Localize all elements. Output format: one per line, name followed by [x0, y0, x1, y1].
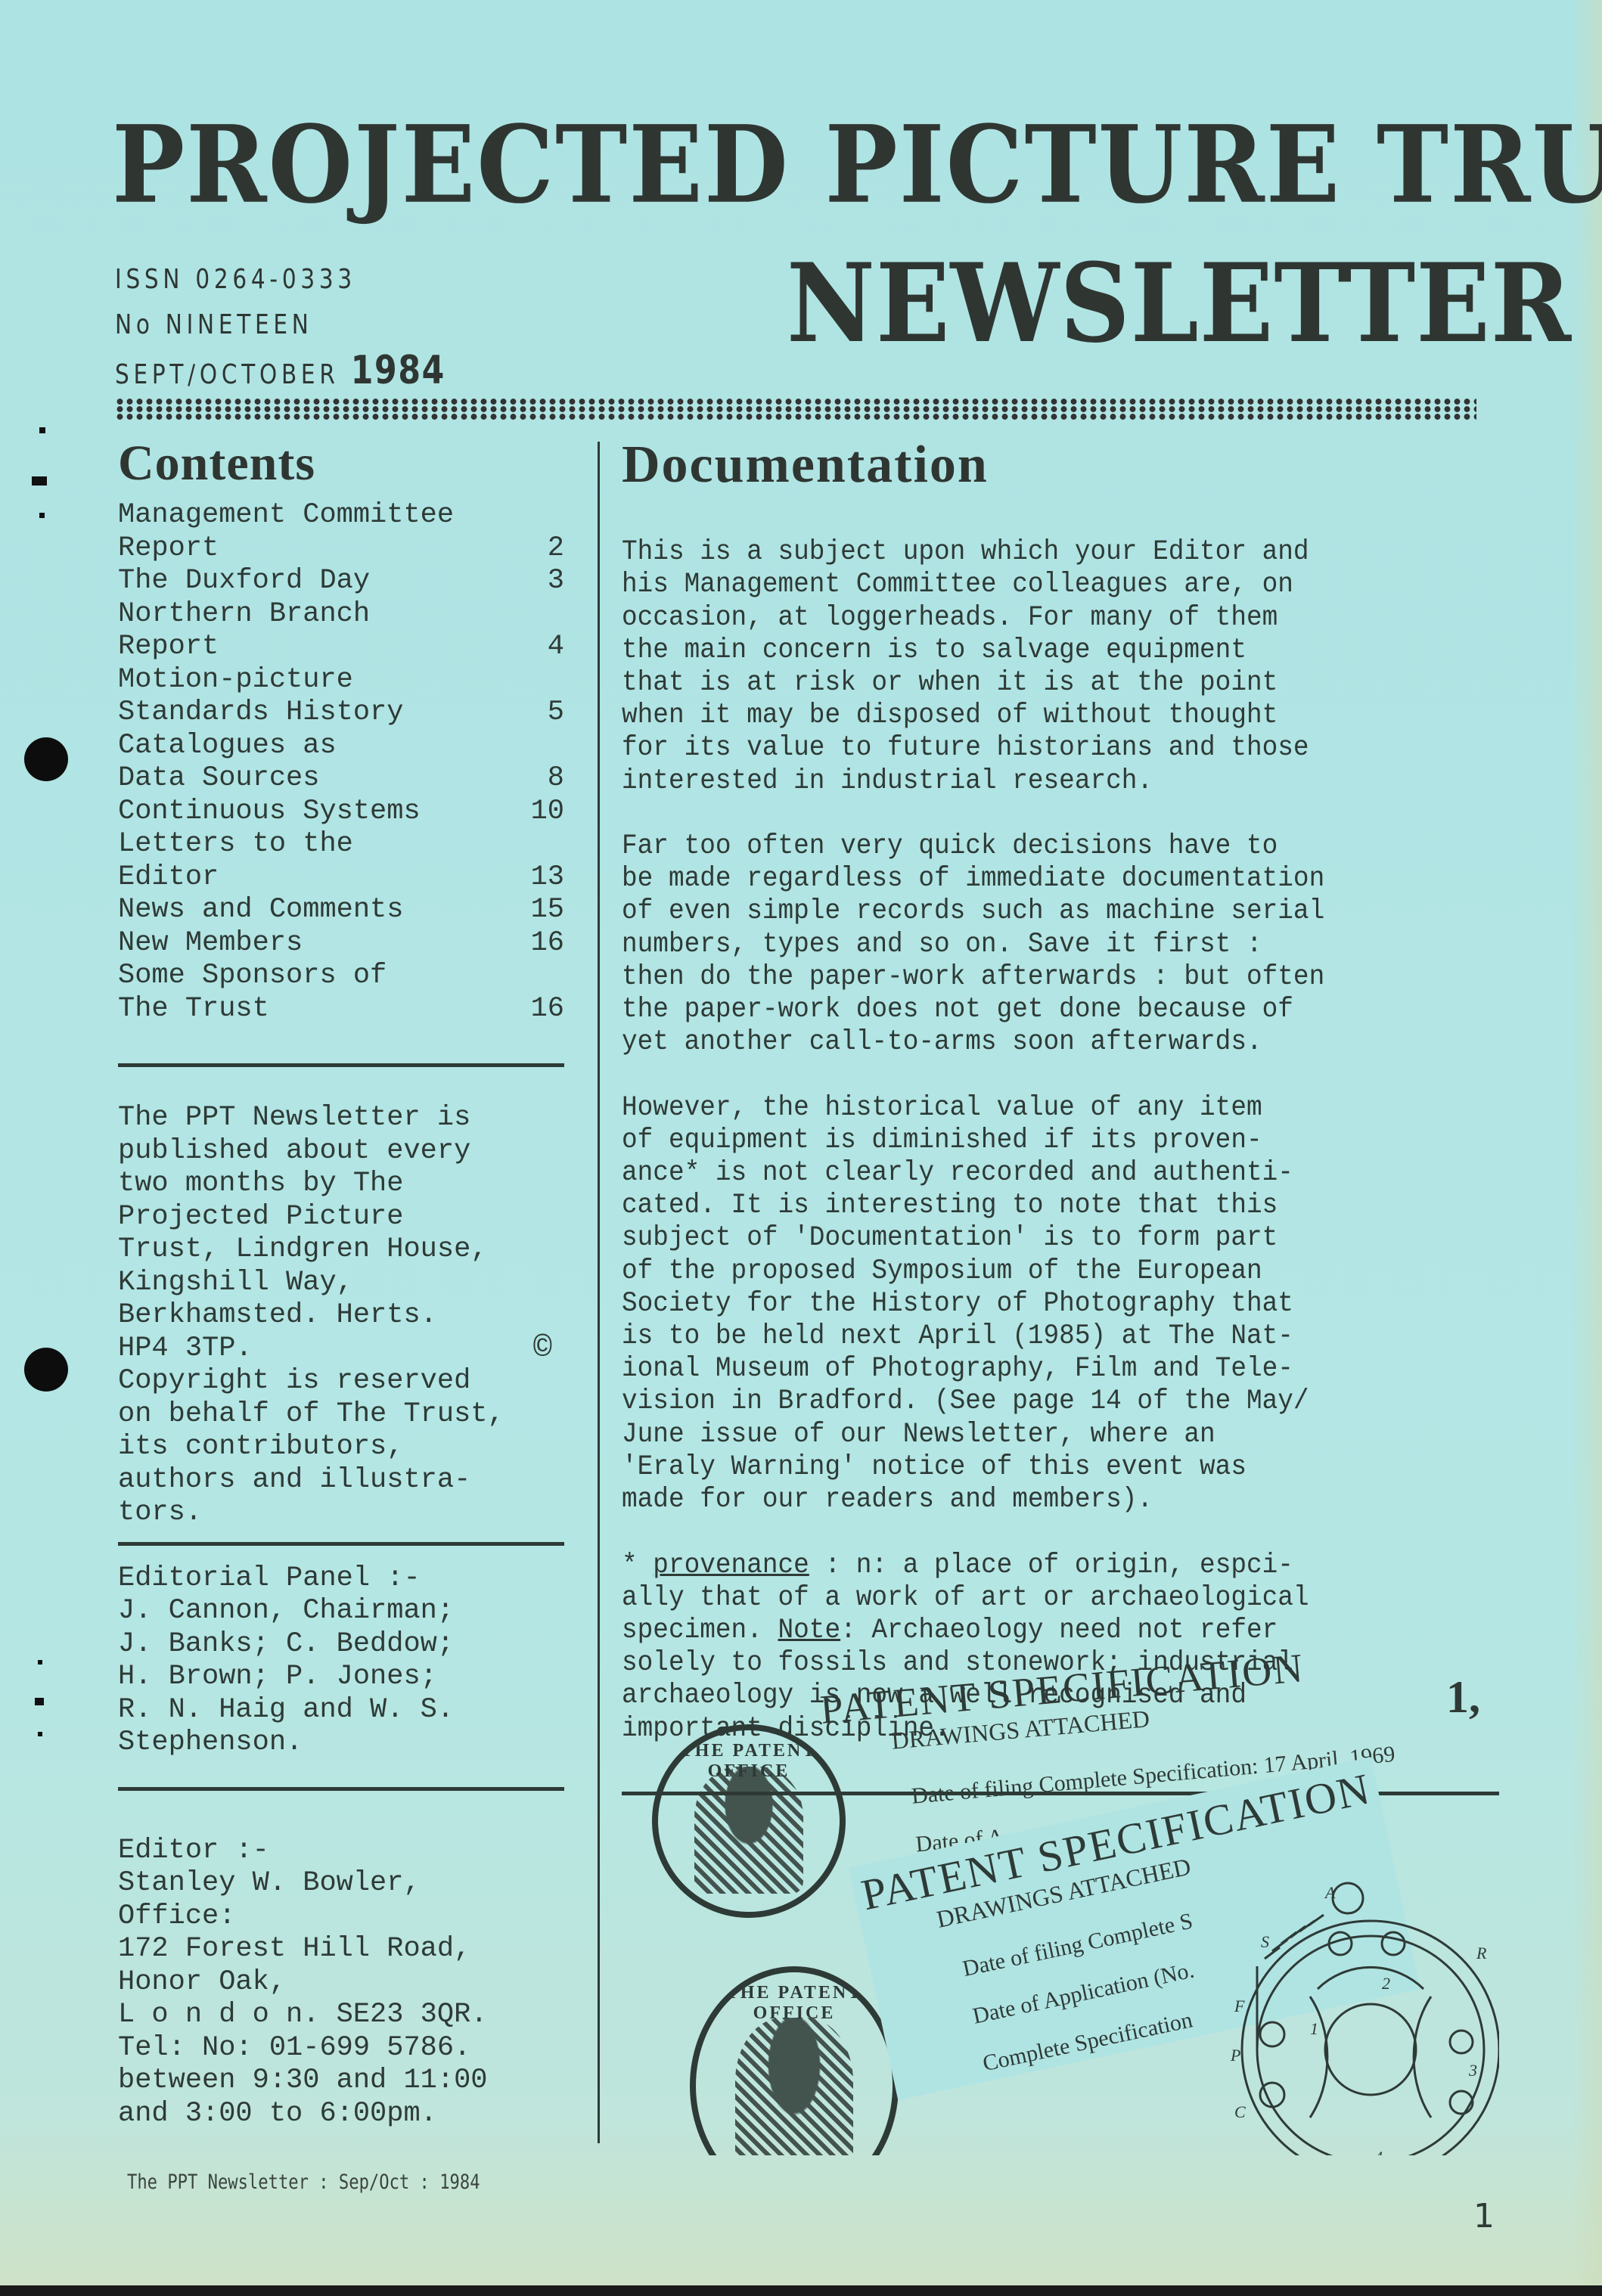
toc-entry-title: Motion-picture Standards History	[118, 664, 403, 730]
article: Documentation This is a subject upon whi…	[622, 439, 1514, 1795]
drawing-label: F	[1234, 1997, 1245, 2015]
toc-entry-page: 2	[519, 532, 564, 566]
toc-entry-page: 16	[519, 927, 564, 960]
copyright-text: Copyright is reserved on behalf of The T…	[118, 1365, 564, 1530]
drawing-label: A	[1324, 1883, 1336, 1902]
contents-heading: Contents	[118, 439, 564, 489]
dotted-divider	[115, 398, 1476, 420]
toc-entry: The Duxford Day3	[118, 565, 564, 598]
table-of-contents: Management Committee Report2The Duxford …	[118, 499, 564, 1025]
staple-mark	[38, 1732, 42, 1736]
drawing-label: 3	[1468, 2061, 1477, 2080]
drawing-label: 4	[1374, 2148, 1383, 2155]
article-paragraph: However, the historical value of any ite…	[622, 1092, 1515, 1517]
toc-entry: Letters to the Editor13	[118, 828, 564, 894]
toc-entry: Northern Branch Report4	[118, 598, 564, 664]
toc-entry-title: Catalogues as Data Sources	[118, 730, 337, 796]
toc-entry-title: Management Committee Report	[118, 499, 454, 565]
issue-year: 1984	[351, 348, 446, 393]
editor-contact: Editor :- Stanley W. Bowler, Office: 172…	[118, 1835, 564, 2131]
drawing-label: C	[1234, 2102, 1246, 2121]
issue-month: SEPT/OCTOBER	[115, 359, 340, 390]
footnote-marker: *	[622, 1550, 653, 1581]
publisher-info: The PPT Newsletter is published about ev…	[118, 1102, 564, 1530]
toc-entry-page: 3	[519, 565, 564, 598]
toc-entry-title: Some Sponsors of The Trust	[118, 960, 387, 1025]
toc-entry: Motion-picture Standards History5	[118, 664, 564, 730]
toc-entry-page: 10	[519, 796, 564, 829]
toc-entry-page: 15	[519, 894, 564, 927]
footnote-term: provenance	[653, 1550, 809, 1581]
toc-entry-page: 8	[519, 762, 564, 796]
film-mechanism-drawing: ASFPCR1234	[1227, 1876, 1499, 2155]
publisher-text: The PPT Newsletter is published about ev…	[118, 1102, 564, 1333]
page-number: 1	[1473, 2197, 1495, 2235]
section-divider	[118, 1542, 564, 1546]
drawing-label: 2	[1382, 1974, 1390, 1993]
toc-entry-page: 16	[519, 993, 564, 1026]
toc-entry-title: News and Comments	[118, 894, 403, 927]
royal-crest-icon	[735, 2018, 853, 2155]
staple-mark	[39, 513, 45, 518]
staple-mark	[38, 1660, 42, 1665]
running-footer: The PPT Newsletter : Sep/Oct : 1984	[127, 2170, 480, 2194]
article-heading: Documentation	[622, 439, 1514, 492]
royal-crest-icon	[694, 1767, 803, 1894]
toc-entry-page: 4	[519, 631, 564, 664]
article-body: This is a subject upon which your Editor…	[622, 504, 1515, 1778]
drawing-label: 1	[1310, 2019, 1318, 2038]
left-column: Contents Management Committee Report2The…	[118, 439, 564, 2130]
column-divider	[598, 442, 600, 2143]
toc-entry: Management Committee Report2	[118, 499, 564, 565]
toc-entry-page: 5	[519, 697, 564, 730]
section-divider	[118, 1063, 564, 1067]
toc-entry-title: New Members	[118, 927, 303, 960]
toc-entry-page: 13	[519, 861, 564, 895]
toc-entry-title: Continuous Systems	[118, 796, 421, 829]
staple-mark	[35, 1698, 44, 1705]
newsletter-title-line2: NEWSLETTER	[787, 250, 1572, 358]
patent-specification-illustration: THE PATENT OFFICE PATENT SPECIFICATION D…	[622, 1641, 1499, 2155]
drawing-label: R	[1476, 1944, 1487, 1962]
toc-entry-title: Letters to the Editor	[118, 828, 353, 894]
side-mark: 1,67	[622, 2027, 625, 2080]
issn: ISSN 0264-0333	[115, 257, 446, 303]
issue-date: SEPT/OCTOBER 1984	[115, 348, 446, 398]
toc-entry: Catalogues as Data Sources8	[118, 730, 564, 796]
punch-hole	[24, 737, 68, 781]
drawing-label: P	[1230, 2046, 1240, 2065]
page-edge-shadow	[1572, 0, 1602, 2296]
toc-entry: Some Sponsors of The Trust16	[118, 960, 564, 1025]
toc-entry-title: Northern Branch Report	[118, 598, 370, 664]
article-paragraph: Far too often very quick decisions have …	[622, 830, 1515, 1059]
editorial-panel: Editorial Panel :- J. Cannon, Chairman; …	[118, 1562, 564, 1760]
patent-office-seal: THE PATENT OFFICE	[652, 1724, 846, 1918]
punch-hole	[24, 1348, 68, 1392]
patent-office-seal: THE PATENT OFFICE	[690, 1966, 899, 2155]
issue-number: No NINETEEN	[115, 303, 446, 348]
staple-mark	[39, 427, 45, 433]
postcode-row: HP4 3TP. ©	[118, 1333, 564, 1366]
patent-number: 1,	[1446, 1671, 1480, 1724]
issue-meta: ISSN 0264-0333 No NINETEEN SEPT/OCTOBER …	[115, 257, 518, 398]
toc-entry: News and Comments15	[118, 894, 564, 927]
newsletter-title-line1: PROJECTED PICTURE TRUST	[112, 112, 1473, 219]
scan-bottom-edge	[0, 2285, 1602, 2296]
section-divider	[118, 1787, 564, 1791]
toc-entry-title: The Duxford Day	[118, 565, 370, 598]
staple-mark	[32, 476, 47, 486]
article-paragraph: This is a subject upon which your Editor…	[622, 536, 1515, 798]
copyright-icon: ©	[533, 1333, 552, 1366]
toc-entry: Continuous Systems10	[118, 796, 564, 829]
drawing-label: S	[1261, 1932, 1269, 1951]
postcode: HP4 3TP.	[118, 1333, 253, 1366]
toc-entry: New Members16	[118, 927, 564, 960]
